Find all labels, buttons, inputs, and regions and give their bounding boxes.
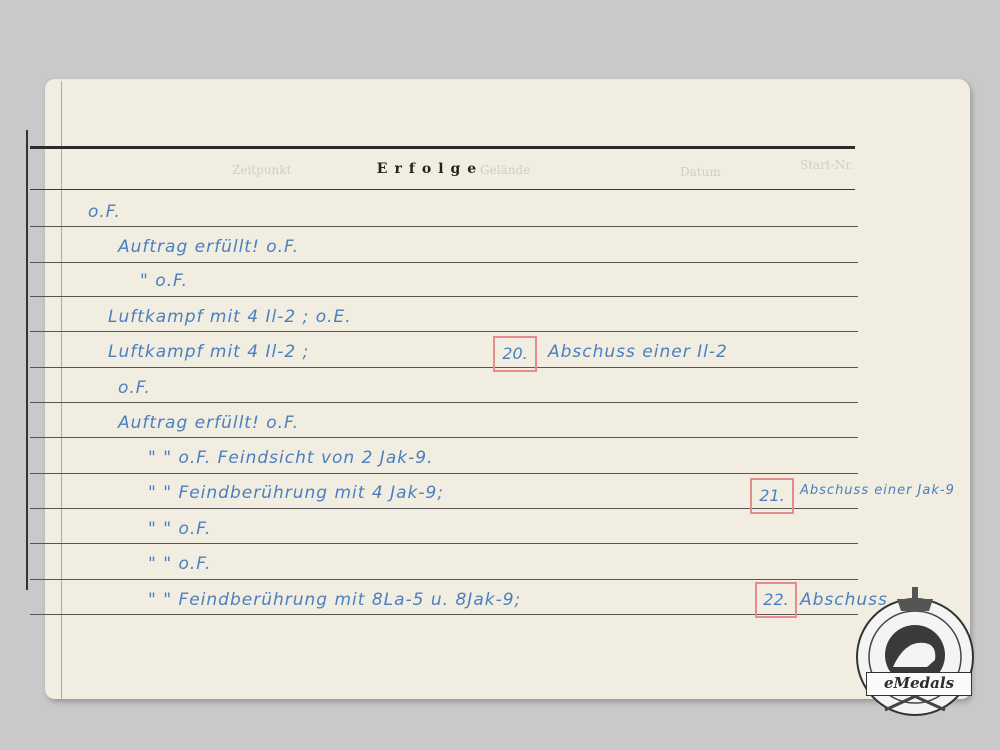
log-entry: Auftrag erfüllt! o.F. xyxy=(118,413,299,433)
ruled-line xyxy=(30,402,858,403)
ruled-line xyxy=(30,543,858,544)
section-title: Erfolge xyxy=(330,161,530,177)
ruled-line xyxy=(30,437,858,438)
header-bottom-rule xyxy=(30,189,855,190)
ruled-line xyxy=(30,614,858,615)
log-entry: " " Feindberührung mit 8La-5 u. 8Jak-9; xyxy=(148,590,521,610)
log-entry: Luftkampf mit 4 Il-2 ; o.E. xyxy=(108,307,352,327)
log-entry: o.F. xyxy=(118,378,151,398)
ghost-column-header: Zeitpunkt xyxy=(232,163,291,177)
ruled-line xyxy=(30,473,858,474)
victory-number-box: 22. xyxy=(755,582,797,618)
log-entry: Auftrag erfüllt! o.F. xyxy=(118,237,299,257)
log-entry: " " o.F. xyxy=(148,554,211,574)
ruled-line xyxy=(30,331,858,332)
log-entry: " o.F. xyxy=(140,271,188,291)
log-entry: o.F. xyxy=(88,202,121,222)
binding-line xyxy=(61,81,62,699)
ruled-line xyxy=(30,367,858,368)
emedals-logo-icon xyxy=(845,585,985,725)
logo-brand-text: eMedals xyxy=(878,674,960,694)
log-entry: " " o.F. Feindsicht von 2 Jak-9. xyxy=(148,448,433,468)
header-top-rule xyxy=(30,146,855,149)
log-entry-victory: Abschuss einer Il-2 xyxy=(548,342,728,362)
victory-number-box: 20. xyxy=(493,336,537,372)
ruled-line xyxy=(30,226,858,227)
ruled-line xyxy=(30,262,858,263)
log-entry: Luftkampf mit 4 Il-2 ; xyxy=(108,342,309,362)
ghost-column-header: Start-Nr. xyxy=(800,158,854,172)
left-margin-rule xyxy=(26,130,28,590)
log-entry: " " Feindberührung mit 4 Jak-9; xyxy=(148,483,444,503)
log-entry-victory: Abschuss einer Jak-9 xyxy=(800,483,955,498)
ruled-line xyxy=(30,508,858,509)
ghost-column-header: Datum xyxy=(680,165,721,179)
ruled-line xyxy=(30,296,858,297)
ruled-line xyxy=(30,579,858,580)
log-entry: " " o.F. xyxy=(148,519,211,539)
victory-number-box: 21. xyxy=(750,478,794,514)
